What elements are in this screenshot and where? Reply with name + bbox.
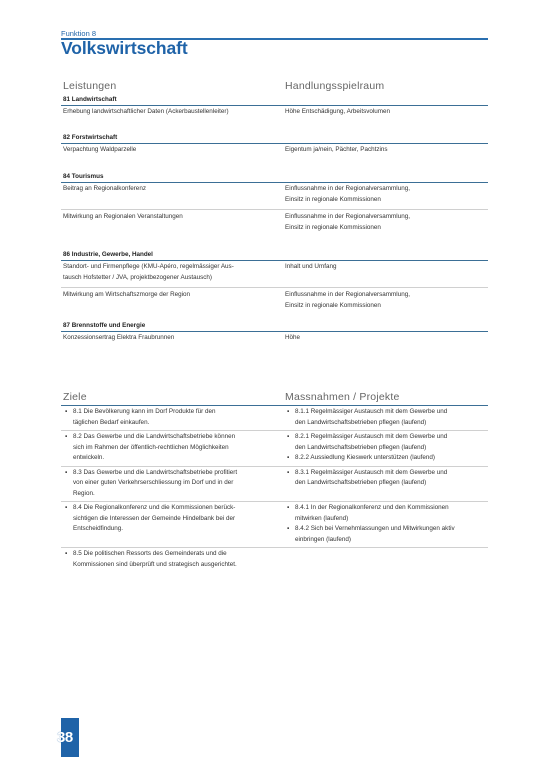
category-rule — [61, 105, 488, 106]
text-line: Mitwirkung am Wirtschaftszmorge der Regi… — [63, 290, 275, 301]
massnahme-item: ▪8.3.1 Regelmässiger Austausch mit dem G… — [285, 468, 485, 489]
bullet-icon: ▪ — [65, 503, 67, 514]
text-line: 8.2.1 Regelmässiger Austausch mit dem Ge… — [295, 432, 485, 443]
row-divider — [61, 547, 488, 548]
text-line: Entscheidfindung. — [73, 524, 275, 535]
ziel-item: ▪8.5 Die politischen Ressorts des Gemein… — [63, 549, 275, 570]
text-line: Kommissionen sind überprüft und strategi… — [73, 560, 275, 571]
ziel-item: ▪8.4 Die Regionalkonferenz und die Kommi… — [63, 503, 275, 535]
bullet-item: ▪8.3 Das Gewerbe und die Landwirtschafts… — [63, 468, 275, 500]
text-line: 8.3.1 Regelmässiger Austausch mit dem Ge… — [295, 468, 485, 479]
bullet-icon: ▪ — [287, 468, 289, 479]
bullet-icon: ▪ — [287, 453, 289, 464]
text-line: entwickeln. — [73, 453, 275, 464]
text-line: Einsitz in regionale Kommissionen — [285, 301, 485, 312]
category-heading: 87 Brennstoffe und Energie — [63, 322, 145, 329]
massnahme-item: ▪8.1.1 Regelmässiger Austausch mit dem G… — [285, 407, 485, 428]
category-heading: 81 Landwirtschaft — [63, 96, 117, 103]
leistung-cell: Konzessionsertrag Elektra Fraubrunnen — [63, 333, 275, 344]
text-line: sichtigen die Interessen der Gemeinde Hi… — [73, 514, 275, 525]
text-line: Region. — [73, 489, 275, 500]
leistung-cell: Standort- und Firmenpflege (KMU-Apéro, r… — [63, 262, 275, 283]
ziel-item: ▪8.3 Das Gewerbe und die Landwirtschafts… — [63, 468, 275, 500]
text-line: 8.4.2 Sich bei Vernehmlassungen und Mitw… — [295, 524, 485, 535]
text-line: Einflussnahme in der Regionalversammlung… — [285, 290, 485, 301]
text-line: Einflussnahme in der Regionalversammlung… — [285, 184, 485, 195]
massnahme-item: ▪8.2.2 Aussiedlung Kieswerk unterstützen… — [285, 453, 485, 464]
bullet-icon: ▪ — [287, 407, 289, 418]
bullet-icon: ▪ — [65, 432, 67, 443]
spielraum-cell: Einflussnahme in der Regionalversammlung… — [285, 212, 485, 233]
text-line: Verpachtung Waldparzelle — [63, 145, 275, 156]
text-line: Höhe Entschädigung, Arbeitsvolumen — [285, 107, 485, 118]
column-header-handlungsspielraum: Handlungsspielraum — [285, 80, 384, 92]
leistung-cell: Mitwirkung an Regionalen Veranstaltungen — [63, 212, 275, 223]
text-line: Beitrag an Regionalkonferenz — [63, 184, 275, 195]
category-rule — [61, 143, 488, 144]
bullet-icon: ▪ — [287, 432, 289, 443]
category-heading: 82 Forstwirtschaft — [63, 134, 117, 141]
spielraum-cell: Höhe Entschädigung, Arbeitsvolumen — [285, 107, 485, 118]
bullet-item: ▪8.2 Das Gewerbe und die Landwirtschafts… — [63, 432, 275, 464]
leistung-cell: Beitrag an Regionalkonferenz — [63, 184, 275, 195]
text-line: mitwirken (laufend) — [295, 514, 485, 525]
text-line: Eigentum ja/nein, Pächter, Pachtzins — [285, 145, 485, 156]
text-line: den Landwirtschaftsbetrieben pflegen (la… — [295, 443, 485, 454]
ziel-item: ▪8.1 Die Bevölkerung kann im Dorf Produk… — [63, 407, 275, 428]
header-rule — [61, 405, 488, 406]
text-line: einbringen (laufend) — [295, 535, 485, 546]
text-line: Konzessionsertrag Elektra Fraubrunnen — [63, 333, 275, 344]
bullet-icon: ▪ — [65, 407, 67, 418]
spielraum-cell: Höhe — [285, 333, 485, 344]
category-rule — [61, 331, 488, 332]
text-line: 8.4.1 In der Regionalkonferenz und den K… — [295, 503, 485, 514]
text-line: von einer guten Verkehrserschliessung im… — [73, 478, 275, 489]
text-line: tausch Hofstetter / JVA, projektbezogene… — [63, 273, 275, 284]
row-divider — [61, 287, 488, 288]
text-line: Mitwirkung an Regionalen Veranstaltungen — [63, 212, 275, 223]
row-divider — [61, 466, 488, 467]
text-line: 8.1 Die Bevölkerung kann im Dorf Produkt… — [73, 407, 275, 418]
text-line: Inhalt und Umfang — [285, 262, 485, 273]
text-line: täglichen Bedarf einkaufen. — [73, 418, 275, 429]
spielraum-cell: Einflussnahme in der Regionalversammlung… — [285, 290, 485, 311]
spielraum-cell: Einflussnahme in der Regionalversammlung… — [285, 184, 485, 205]
text-line: Einsitz in regionale Kommissionen — [285, 195, 485, 206]
column-header-ziele: Ziele — [63, 391, 87, 403]
column-header-leistungen: Leistungen — [63, 80, 116, 92]
bullet-icon: ▪ — [287, 503, 289, 514]
spielraum-cell: Eigentum ja/nein, Pächter, Pachtzins — [285, 145, 485, 156]
massnahmen-cell: ▪8.4.1 In der Regionalkonferenz und den … — [285, 503, 485, 545]
massnahmen-cell: ▪8.1.1 Regelmässiger Austausch mit dem G… — [285, 407, 485, 428]
bullet-icon: ▪ — [65, 468, 67, 479]
massnahmen-cell: ▪8.3.1 Regelmässiger Austausch mit dem G… — [285, 468, 485, 489]
column-header-massnahmen: Massnahmen / Projekte — [285, 391, 400, 403]
text-line: den Landwirtschaftsbetrieben pflegen (la… — [295, 478, 485, 489]
massnahme-item: ▪8.4.2 Sich bei Vernehmlassungen und Mit… — [285, 524, 485, 545]
bullet-icon: ▪ — [287, 524, 289, 535]
bullet-item: ▪8.1 Die Bevölkerung kann im Dorf Produk… — [63, 407, 275, 428]
function-label: Funktion 8 — [61, 29, 96, 38]
row-divider — [61, 430, 488, 431]
bullet-icon: ▪ — [65, 549, 67, 560]
massnahme-item: ▪8.4.1 In der Regionalkonferenz und den … — [285, 503, 485, 524]
massnahmen-cell: ▪8.2.1 Regelmässiger Austausch mit dem G… — [285, 432, 485, 464]
category-rule — [61, 260, 488, 261]
massnahme-item: ▪8.2.1 Regelmässiger Austausch mit dem G… — [285, 432, 485, 453]
text-line: 8.1.1 Regelmässiger Austausch mit dem Ge… — [295, 407, 485, 418]
text-line: Erhebung landwirtschaftlicher Daten (Ack… — [63, 107, 275, 118]
text-line: 8.2 Das Gewerbe und die Landwirtschaftsb… — [73, 432, 275, 443]
text-line: sich im Rahmen der öffentlich-rechtliche… — [73, 443, 275, 454]
category-heading: 84 Tourismus — [63, 173, 103, 180]
page-title: Volkswirtschaft — [61, 38, 188, 59]
category-heading: 86 Industrie, Gewerbe, Handel — [63, 251, 153, 258]
text-line: Einflussnahme in der Regionalversammlung… — [285, 212, 485, 223]
page-number: 38 — [57, 729, 73, 746]
page-number-badge: 38 — [61, 718, 79, 757]
text-line: den Landwirtschaftsbetrieben pflegen (la… — [295, 418, 485, 429]
leistung-cell: Verpachtung Waldparzelle — [63, 145, 275, 156]
text-line: Einsitz in regionale Kommissionen — [285, 223, 485, 234]
text-line: 8.3 Das Gewerbe und die Landwirtschaftsb… — [73, 468, 275, 479]
bullet-item: ▪8.4 Die Regionalkonferenz und die Kommi… — [63, 503, 275, 535]
text-line: Höhe — [285, 333, 485, 344]
spielraum-cell: Inhalt und Umfang — [285, 262, 485, 273]
category-rule — [61, 182, 488, 183]
text-line: 8.4 Die Regionalkonferenz und die Kommis… — [73, 503, 275, 514]
leistung-cell: Mitwirkung am Wirtschaftszmorge der Regi… — [63, 290, 275, 301]
text-line: 8.5 Die politischen Ressorts des Gemeind… — [73, 549, 275, 560]
row-divider — [61, 209, 488, 210]
text-line: 8.2.2 Aussiedlung Kieswerk unterstützen … — [295, 453, 485, 464]
leistung-cell: Erhebung landwirtschaftlicher Daten (Ack… — [63, 107, 275, 118]
row-divider — [61, 501, 488, 502]
bullet-item: ▪8.5 Die politischen Ressorts des Gemein… — [63, 549, 275, 570]
ziel-item: ▪8.2 Das Gewerbe und die Landwirtschafts… — [63, 432, 275, 464]
text-line: Standort- und Firmenpflege (KMU-Apéro, r… — [63, 262, 275, 273]
